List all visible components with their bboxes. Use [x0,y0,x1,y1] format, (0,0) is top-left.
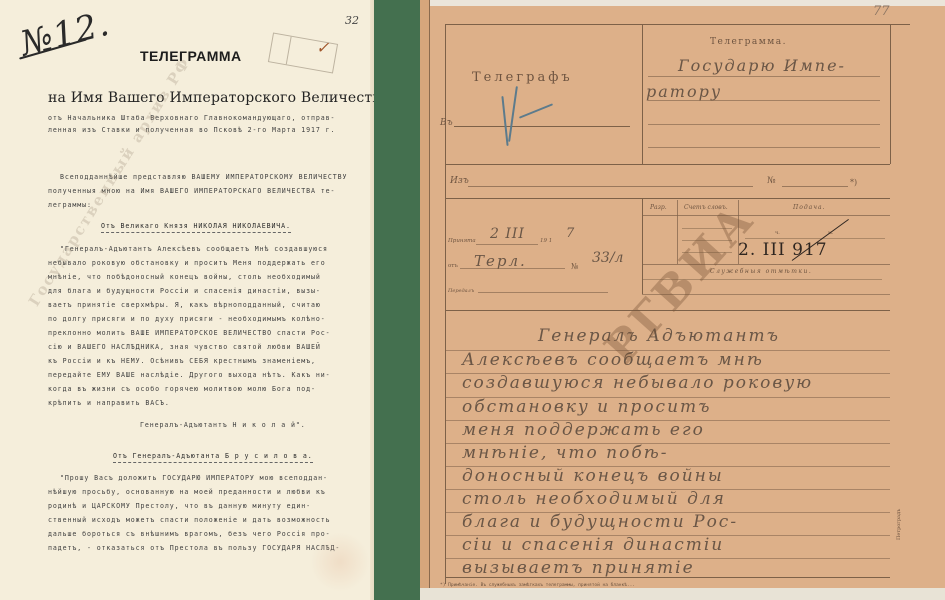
podacha-line [745,238,885,239]
frame-top-line [445,24,910,25]
section1-line: преклонно молить ВАШЕ ИМПЕРАТОРСКОЕ ВЕЛИ… [48,329,330,337]
header-divider [642,24,643,164]
section1-heading: Отъ Великаго Князя НИКОЛАЯ НИКОЛАЕВИЧА. [101,222,291,233]
section2-line: ственный исходъ можетъ спасти положеніе … [48,516,330,524]
field-iz-label: Изъ [450,176,469,186]
section1-line: по долгу присяги и по духу присяги - нео… [48,315,326,323]
handwritten-line: доносный конецъ войны [462,466,724,486]
page-number: 77 [873,4,890,19]
section1-signature: Генералъ-Адъютантъ Н и к о л а й". [140,421,306,429]
check-mark-icon: ✓ [316,38,329,57]
right-document-page: 77 Телеграфъ Въ Телеграмма. Государю Имп… [420,0,945,600]
addressee-line: Государю Импе- [678,56,846,75]
section2-line: дальше бороться съ внѣшнимъ врагомъ, без… [48,530,330,538]
peredal-label: Передалъ [448,288,474,294]
field-no-line [782,186,848,187]
year-value: 7 [566,226,576,241]
section1-line: къ Россіи и къ НЕМУ. Осѣнивъ СЕБЯ крестн… [48,357,316,365]
telegraph-label: Телеграфъ [472,70,573,85]
section2-line: падетъ, - отказаться отъ Престола въ пол… [48,544,340,552]
no-label: № [571,262,579,271]
header-right-line [890,24,891,164]
prinyata-label: Принята [448,238,476,244]
section2-line: "Прошу Васъ доложить ГОСУДАРЮ ИМПЕРАТОРУ… [60,474,328,482]
section1-line: ваетъ принятіе сверхмѣры. Я, какъ вѣрноп… [48,301,321,309]
field-no-label: № [767,176,776,186]
table-header-line [642,215,890,216]
telegram-heading: на Имя Вашего Императорского Величества [48,90,374,106]
table-header-podacha: Подача. [793,204,825,211]
year-label: 19 1 [540,238,552,244]
section1-line: крѣпить и направить ВАСЪ. [48,399,170,407]
paper-stain [310,532,370,592]
archive-watermark: РГВИА [595,193,765,374]
signature-stroke [508,86,518,142]
field-v-label: Въ [440,118,453,128]
section1-line: для блага и будущности Россіи и спасенія… [48,287,321,295]
telegram-form-label: Телеграмма. [710,37,787,47]
side-margin-text: Петроградъ [896,509,902,540]
podacha-hour-mark: ч. [775,230,780,236]
addressee-rule [648,147,880,148]
section1-line: когда въ жизни съ особо горячею молитвою… [48,385,316,393]
addressee-rule [648,100,880,101]
handwritten-line: столь необходимый для [462,489,726,509]
page-top-edge [420,0,945,6]
handwritten-line: меня поддержать его [462,420,705,440]
ot-label: отъ [448,263,458,269]
peredal-line [478,292,608,293]
section1-line: сію и ВАШЕГО НАСЛѢДНИКА, зная чувство св… [48,343,321,351]
subheading-line: ленная изъ Ставки и полученная во Псковѣ… [48,126,335,134]
binding-edge [420,0,430,600]
section1-line: небывало роковую обстановку и проситъ Ме… [48,259,326,267]
field-v-line [454,126,630,127]
addressee-rule [648,124,880,125]
handwritten-line: мнѣніе, что побѣ- [462,443,668,463]
frame-left-line [445,24,446,584]
no-value: 33/л [592,250,623,266]
section2-line: родинѣ и ЦАРСКОМУ Престолу, что въ данну… [48,502,311,510]
section1-line: мнѣніе, что побѣдоносный конецъ войны, с… [48,273,321,281]
field-iz-line [468,186,753,187]
header-bottom-line [445,164,890,165]
handwritten-line: создавшуюся небывало роковую [462,373,813,393]
field-no-suffix: *) [850,178,857,187]
handwritten-line: сіи и спасенія династіи [462,535,724,555]
handwritten-line: блага и будущности Рос- [462,512,738,532]
page-bottom-edge [420,588,945,600]
section2-heading: Отъ Генералъ-Адъютанта Б р у с и л о в а… [113,452,313,463]
handwritten-line: обстановку и проситъ [462,397,711,417]
row-divider [445,198,890,199]
section1-line: передайте ЕМУ ВАШЕ наслѣдіе. Другого вых… [48,371,330,379]
prinyata-line [476,244,538,245]
left-document-page: №12. 32 ТЕЛЕГРАММА ✓ на Имя Вашего Импер… [0,0,374,600]
corner-page-number: 32 [345,14,359,27]
subheading-line: отъ Начальника Штаба Верховнаго Главноко… [48,114,335,122]
handwritten-line: вызываетъ принятіе [462,558,695,578]
section2-line: нѣйшую просьбу, основанную на моей преда… [48,488,326,496]
table-header-razr: Разр. [650,204,667,211]
addressee-line: ратору [646,82,722,101]
ot-line [460,268,565,269]
prinyata-value: 2 III [490,226,525,242]
signature-stroke [519,103,553,118]
section1-line: "Генералъ-Адъютантъ Алексѣевъ сообщаетъ … [60,245,328,253]
addressee-rule [648,76,880,77]
